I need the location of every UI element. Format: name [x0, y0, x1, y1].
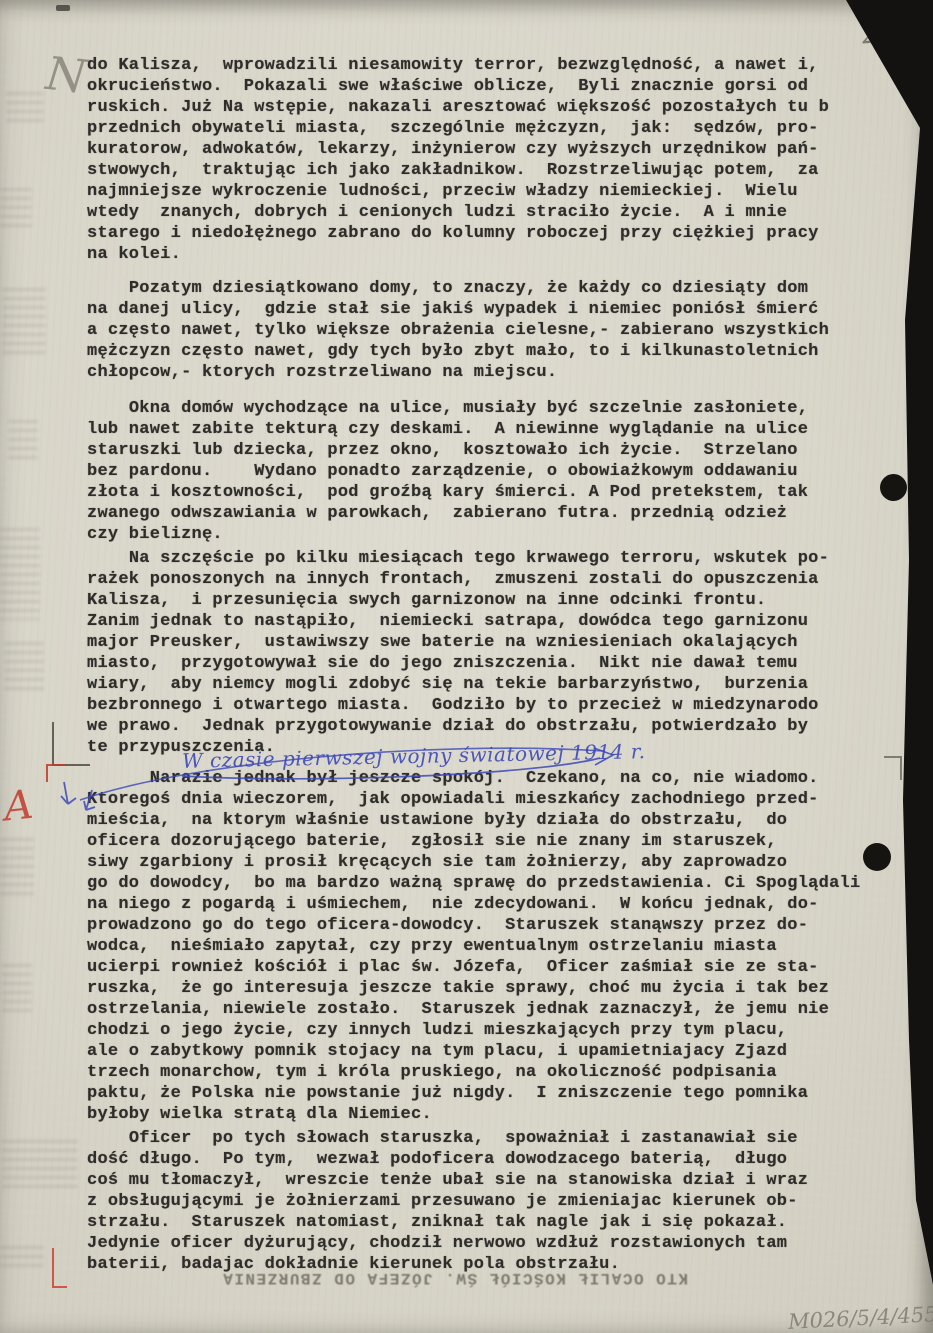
page-number: 2 [859, 15, 880, 51]
pencil-margin-letter: N [43, 46, 89, 104]
ink-blot [863, 843, 891, 871]
bleedthrough-smudge [0, 838, 34, 898]
pencil-footer-note: M026/5/4/455 [787, 1302, 933, 1333]
ink-blot [880, 474, 907, 501]
bleedthrough-smudge [2, 288, 46, 354]
bleedthrough-smudge [2, 1140, 78, 1190]
bleedthrough-smudge [6, 92, 44, 122]
ink-smear [56, 5, 70, 11]
bleedthrough-smudge [4, 642, 44, 694]
red-margin-letter: A [2, 782, 36, 831]
typed-paragraph-4: Na szczęście po kilku miesiącach tego kr… [87, 548, 923, 758]
red-corner-mark [46, 764, 65, 782]
typed-paragraph-2: Pozatym dziesiątkowano domy, to znaczy, … [87, 278, 923, 383]
scanner-background: 2 N do Kalisza, wprowadzili niesamowity … [0, 0, 933, 1333]
bleedthrough-smudge [0, 528, 40, 620]
mirrored-offset-text: KTO OCALIŁ KOŚCIÓŁ ŚW. JÓZEFA OD ZBURZEN… [132, 1268, 688, 1288]
document-page: 2 N do Kalisza, wprowadzili niesamowity … [0, 0, 933, 1333]
bleedthrough-smudge [0, 188, 32, 232]
typed-paragraph-3: Okna domów wychodzące na ulice, musiały … [87, 398, 923, 545]
pencil-l-bracket [52, 722, 90, 766]
pencil-closing-bracket [884, 756, 902, 780]
typed-paragraph-1: do Kalisza, wprowadzili niesamowity terr… [87, 55, 923, 265]
bleedthrough-smudge [0, 1246, 44, 1272]
typed-paragraph-5: Narazie jednak był jeszcze spokój. Czeka… [87, 768, 923, 1125]
typed-paragraph-6: Oficer po tych słowach staruszka, spoważ… [87, 1128, 923, 1275]
red-l-bracket [52, 1248, 67, 1288]
bleedthrough-smudge [8, 420, 38, 464]
bleedthrough-smudge [2, 964, 32, 1018]
